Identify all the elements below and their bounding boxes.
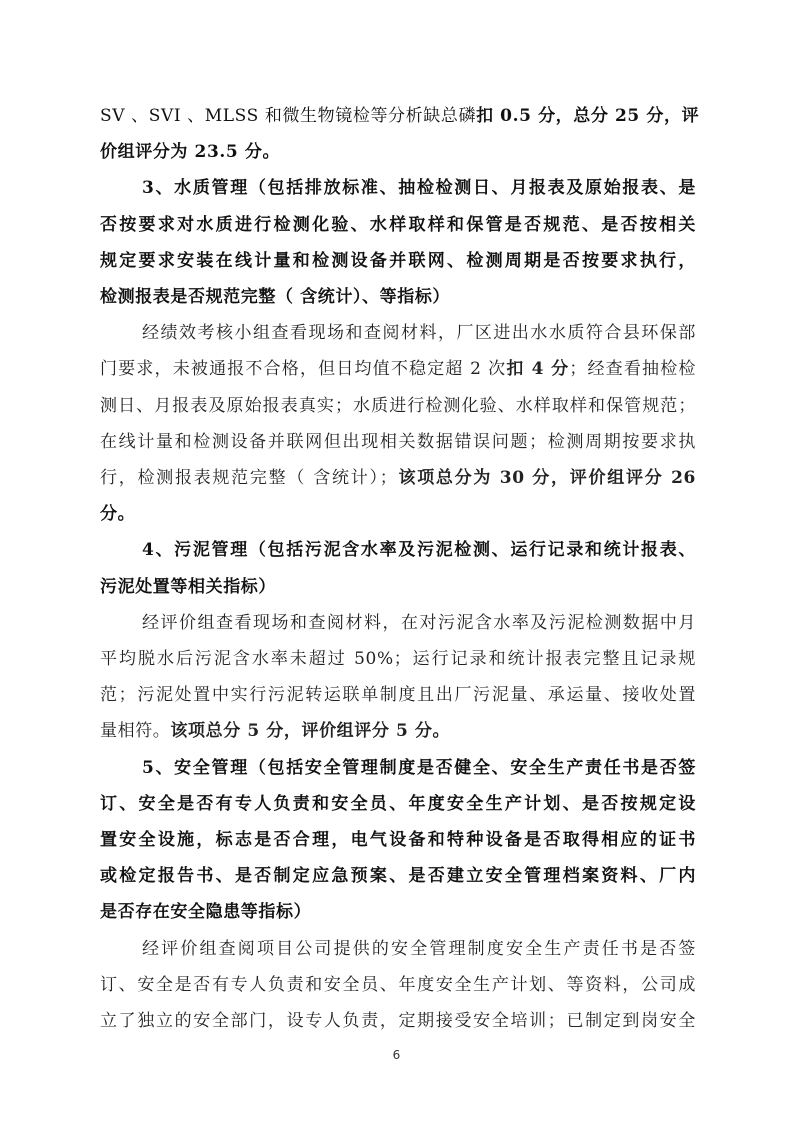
text-segment: 经评价组查看现场和查阅材料，在对污泥含水率及污泥检测数据中月 xyxy=(142,613,696,633)
document-page: SV 、SVI 、MLSS 和微生物镜检等分析缺总磷扣 0.5 分，总分 25 … xyxy=(0,0,793,1122)
text-segment: 门要求，未被通报不合格，但日均值不稳定超 2 次 xyxy=(100,359,506,379)
section-heading-safety: 5、安全管理（包括安全管理制度是否健全、安全生产责任书是否签 xyxy=(142,753,696,783)
section-heading-line: 检测报表是否规范完整（ 含统计）、等指标） xyxy=(100,282,696,312)
heading-text: 规定要求安装在线计量和检测设备并联网、检测周期是否按要求执行， xyxy=(100,251,696,271)
deduction-text: 扣 4 分 xyxy=(506,359,569,379)
paragraph-line: 量相符。该项总分 5 分，评价组评分 5 分。 xyxy=(100,716,696,746)
heading-text: 污泥处置等相关指标） xyxy=(100,577,276,597)
score-text: 分。 xyxy=(100,504,135,524)
text-segment: 经绩效考核小组查看现场和查阅材料，厂区进出水水质符合县环保部 xyxy=(142,323,696,343)
score-text: 该项总分为 30 分，评价组评分 26 xyxy=(397,468,696,488)
score-text: 价组评分为 23.5 分。 xyxy=(100,142,280,162)
paragraph-line: 经评价组查看现场和查阅材料，在对污泥含水率及污泥检测数据中月 xyxy=(142,608,696,638)
section-heading-line: 置安全设施，标志是否合理，电气设备和特种设备是否取得相应的证书 xyxy=(100,825,696,855)
section-heading-line: 或检定报告书、是否制定应急预案、是否建立安全管理档案资料、厂内 xyxy=(100,861,696,891)
text-segment: SV 、SVI 、MLSS 和微生物镜检等分析缺总磷 xyxy=(100,106,476,126)
paragraph-line: 经绩效考核小组查看现场和查阅材料，厂区进出水水质符合县环保部 xyxy=(142,318,696,348)
paragraph-line: 门要求，未被通报不合格，但日均值不稳定超 2 次扣 4 分；经查看抽检检 xyxy=(100,354,696,384)
paragraph-line: 立了独立的安全部门，设专人负责，定期接受安全培训；已制定到岗安全 xyxy=(100,1006,696,1036)
paragraph-line: SV 、SVI 、MLSS 和微生物镜检等分析缺总磷扣 0.5 分，总分 25 … xyxy=(100,101,696,131)
score-text: 扣 0.5 分，总分 25 分，评 xyxy=(476,106,699,126)
paragraph-line: 经评价组查阅项目公司提供的安全管理制度安全生产责任书是否签 xyxy=(142,934,696,964)
text-segment: ；经查看抽检检 xyxy=(569,359,696,379)
paragraph-line: 平均脱水后污泥含水率未超过 50%；运行记录和统计报表完整且记录规 xyxy=(100,644,696,674)
heading-text: 置安全设施，标志是否合理，电气设备和特种设备是否取得相应的证书 xyxy=(100,830,696,850)
paragraph-line: 范；污泥处置中实行污泥转运联单制度且出厂污泥量、承运量、接收处置 xyxy=(100,680,696,710)
section-heading-line: 否按要求对水质进行检测化验、水样取样和保管是否规范、是否按相关 xyxy=(100,210,696,240)
paragraph-line: 测日、月报表及原始报表真实；水质进行检测化验、水样取样和保管规范； xyxy=(100,391,696,421)
section-heading-line: 污泥处置等相关指标） xyxy=(100,572,696,602)
heading-text: 检测报表是否规范完整（ 含统计）、等指标） xyxy=(100,287,450,307)
text-segment: 量相符。 xyxy=(100,721,170,741)
text-segment: 订、安全是否有专人负责和安全员、年度安全生产计划、等资料，公司成 xyxy=(100,975,696,995)
page-number: 6 xyxy=(0,1048,793,1062)
section-heading-sludge: 4、污泥管理（包括污泥含水率及污泥检测、运行记录和统计报表、 xyxy=(142,535,696,565)
paragraph-line: 在线计量和检测设备并联网但出现相关数据错误问题；检测周期按要求执 xyxy=(100,427,696,457)
text-segment: 在线计量和检测设备并联网但出现相关数据错误问题；检测周期按要求执 xyxy=(100,432,696,452)
heading-text: 5、安全管理（包括安全管理制度是否健全、安全生产责任书是否签 xyxy=(142,758,696,778)
section-heading-line: 规定要求安装在线计量和检测设备并联网、检测周期是否按要求执行， xyxy=(100,246,696,276)
section-heading-line: 是否存在安全隐患等指标） xyxy=(100,897,696,927)
heading-text: 4、污泥管理（包括污泥含水率及污泥检测、运行记录和统计报表、 xyxy=(142,540,696,560)
heading-text: 3、水质管理（包括排放标准、抽检检测日、月报表及原始报表、是 xyxy=(142,178,696,198)
paragraph-line: 分。 xyxy=(100,499,696,529)
text-segment: 平均脱水后污泥含水率未超过 50%；运行记录和统计报表完整且记录规 xyxy=(100,649,696,669)
heading-text: 否按要求对水质进行检测化验、水样取样和保管是否规范、是否按相关 xyxy=(100,215,696,235)
text-segment: 行，检测报表规范完整（ 含统计）； xyxy=(100,468,397,488)
paragraph-line: 订、安全是否有专人负责和安全员、年度安全生产计划、等资料，公司成 xyxy=(100,970,696,1000)
text-segment: 范；污泥处置中实行污泥转运联单制度且出厂污泥量、承运量、接收处置 xyxy=(100,685,696,705)
section-heading-water-quality: 3、水质管理（包括排放标准、抽检检测日、月报表及原始报表、是 xyxy=(142,173,696,203)
paragraph-line: 行，检测报表规范完整（ 含统计）；该项总分为 30 分，评价组评分 26 xyxy=(100,463,696,493)
text-segment: 测日、月报表及原始报表真实；水质进行检测化验、水样取样和保管规范； xyxy=(100,396,696,416)
text-segment: 立了独立的安全部门，设专人负责，定期接受安全培训；已制定到岗安全 xyxy=(100,1011,696,1031)
heading-text: 是否存在安全隐患等指标） xyxy=(100,902,311,922)
heading-text: 或检定报告书、是否制定应急预案、是否建立安全管理档案资料、厂内 xyxy=(100,866,696,886)
text-segment: 经评价组查阅项目公司提供的安全管理制度安全生产责任书是否签 xyxy=(142,939,696,959)
score-text: 该项总分 5 分，评价组评分 5 分。 xyxy=(170,721,450,741)
paragraph-line: 价组评分为 23.5 分。 xyxy=(100,137,696,167)
section-heading-line: 订、安全是否有专人负责和安全员、年度安全生产计划、是否按规定设 xyxy=(100,789,696,819)
heading-text: 订、安全是否有专人负责和安全员、年度安全生产计划、是否按规定设 xyxy=(100,794,696,814)
